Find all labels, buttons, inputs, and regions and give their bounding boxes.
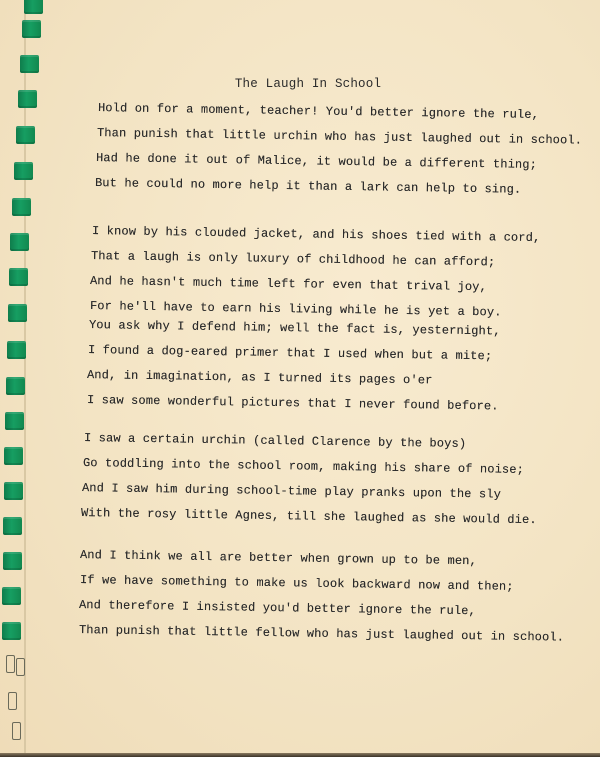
poem-line: And therefore I insisted you'd better ig… (79, 598, 476, 618)
poem-line: And, in imagination, as I turned its pag… (87, 368, 433, 387)
poem-line: Hold on for a moment, teacher! You'd bet… (98, 101, 539, 122)
binding-tooth (5, 412, 24, 430)
poem-title: The Laugh In School (0, 77, 600, 91)
poem-line: Had he done it out of Malice, it would b… (96, 151, 537, 172)
binding-empty-slot (16, 658, 25, 676)
poem-line: I know by his clouded jacket, and his sh… (92, 224, 541, 245)
binding-tooth (24, 0, 43, 14)
binding-tooth (3, 517, 22, 535)
binding-tooth (22, 20, 41, 38)
binding-tooth (2, 622, 21, 640)
binding-tooth (8, 304, 27, 322)
poem-line: I found a dog-eared primer that I used w… (88, 343, 492, 363)
document-page: The Laugh In School Hold on for a moment… (0, 0, 600, 757)
binding-tooth (4, 482, 23, 500)
comb-binding (0, 0, 40, 757)
poem-line: You ask why I defend him; well the fact … (89, 318, 501, 338)
binding-tooth (4, 447, 23, 465)
poem-line: For he'll have to earn his living while … (90, 299, 502, 319)
binding-tooth (3, 552, 22, 570)
poem-line: I saw a certain urchin (called Clarence … (84, 431, 466, 451)
poem-line: But he could no more help it than a lark… (95, 176, 522, 197)
binding-tooth (7, 341, 26, 359)
binding-tooth (12, 198, 31, 216)
binding-empty-slot (6, 655, 15, 673)
poem-line: That a laugh is only luxury of childhood… (91, 249, 495, 269)
poem-line: Than punish that little fellow who has j… (79, 623, 564, 645)
poem-line: Go toddling into the school room, making… (83, 456, 524, 477)
binding-tooth (10, 233, 29, 251)
binding-tooth (2, 587, 21, 605)
binding-tooth (16, 126, 35, 144)
binding-tooth (14, 162, 33, 180)
binding-empty-slot (8, 692, 17, 710)
poem-line: I saw some wonderful pictures that I nev… (87, 393, 499, 413)
poem-line: With the rosy little Agnes, till she lau… (81, 506, 537, 527)
binding-tooth (20, 55, 39, 73)
binding-tooth (18, 90, 37, 108)
poem-line: If we have something to make us look bac… (80, 573, 514, 594)
binding-tooth (9, 268, 28, 286)
page-bottom-edge (0, 753, 600, 757)
poem-line: And he hasn't much time left for even th… (90, 274, 487, 294)
poem-line: Than punish that little urchin who has j… (97, 126, 582, 148)
poem-line: And I saw him during school-time play pr… (82, 481, 501, 502)
binding-tooth (6, 377, 25, 395)
binding-empty-slot (12, 722, 21, 740)
poem-line: And I think we all are better when grown… (80, 548, 477, 568)
